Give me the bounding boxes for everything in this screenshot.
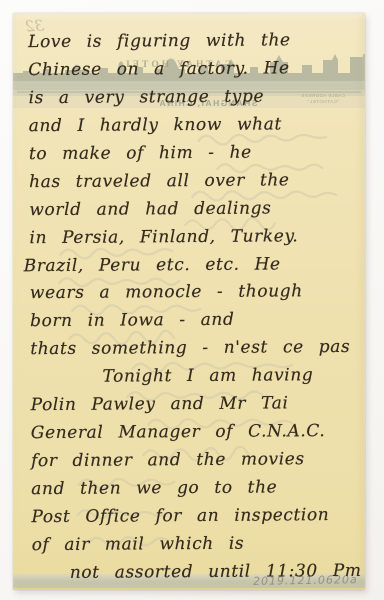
letter-line: for dinner and the movies [31,446,362,476]
letter-line: world and had dealings [29,194,360,224]
letter-photograph: CATHAY HOTEL SHANGHAI, CHINA CABLE ADDRE… [0,0,384,600]
letter-line: is a very strange type [28,83,359,113]
letter-line: Chinese on a factory. He [28,55,359,85]
letter-line: has traveled all over the [29,167,360,197]
letter-line: of air mail which is [32,530,363,560]
letter-line: Post Office for an inspection [31,502,362,532]
letter-line: in Persia, Finland, Turkey. [29,222,360,252]
letter-line: to make of him - he [29,139,360,169]
letter-line: and I hardly know what [29,111,360,141]
letter-line: wears a monocle - though [30,278,361,308]
letter-body: Love is figuring with theChinese on a fa… [28,27,363,588]
letter-line: Tonight I am having [102,362,361,392]
letter-line: Polin Pawley and Mr Tai [31,390,362,420]
letter-line: Love is figuring with the [28,27,359,57]
letter-line: born in Iowa - and [30,306,361,336]
letter-line: thats something - n'est ce pas [30,334,361,364]
letter-line: General Manager of C.N.A.C. [31,418,362,448]
letter-line: and then we go to the [31,474,362,504]
letter-line: not assorted until 11:30 Pm [70,558,363,588]
letter-line: Brazil, Peru etc. etc. He [24,250,361,280]
letter-paper: CATHAY HOTEL SHANGHAI, CHINA CABLE ADDRE… [13,13,365,590]
